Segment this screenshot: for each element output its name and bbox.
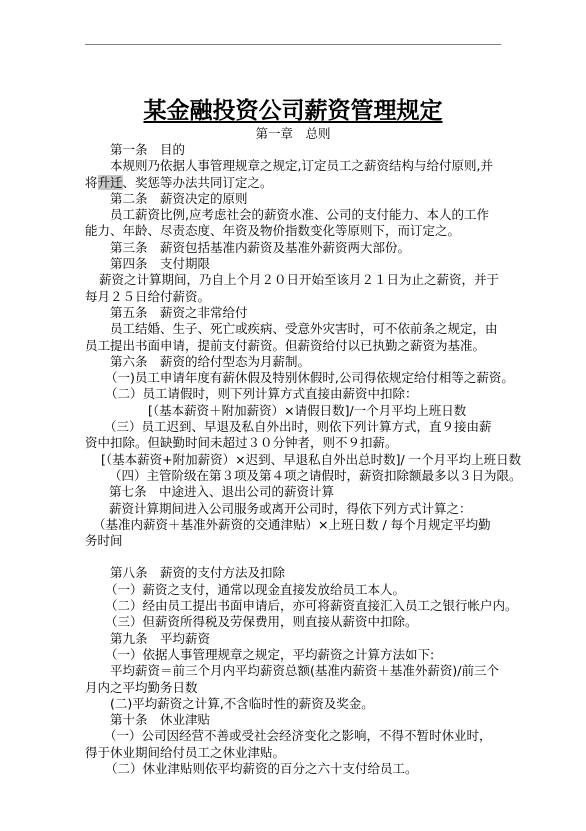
article-6-item-2: （二）员工请假时，则下列计算方式直接由薪资中扣除：	[85, 386, 501, 402]
article-6-item-4: （四）主管阶级在第３项及第４项之请假时，薪资扣除额最多以３日为限。	[85, 468, 501, 484]
chapter-heading: 第一章 总则	[85, 126, 501, 142]
article-6-item-3: （三）员工迟到、早退及私自外出时，则依下列计算方式，直９接由薪资中扣除。但缺勤时…	[85, 419, 501, 452]
header-rule	[85, 44, 501, 45]
article-5-heading: 第五条 薪资之非常给付	[85, 305, 501, 321]
highlighted-text: 迁	[110, 175, 123, 190]
article-7-formula: （基准内薪资＋基准外薪资的交通津贴）×上班日数 / 每个月规定平均勤务时间	[85, 517, 501, 550]
article-8-item-2: （二）经由员工提出书面申请后，亦可将薪资直接汇入员工之银行帐户内。	[85, 598, 501, 614]
article-9-heading: 第九条 平均薪资	[85, 631, 501, 647]
article-10-item-1: （一）公司因经营不善或受社会经济变化之影响，不得不暂时休业时，得于休业期间给付员…	[85, 728, 501, 761]
article-8-item-1: （一）薪资之支付，通常以现金直接发放给员工本人。	[85, 582, 501, 598]
text-span: 、奖惩等办法共同订定之。	[123, 175, 273, 190]
article-9-item-2: (二)平均薪资之计算,不含临时性的薪资及奖金。	[85, 696, 501, 712]
article-6-item-1: （一)员工申请年度有薪休假及特别休假时,公司得依规定给付相等之薪资。	[85, 370, 501, 386]
article-7-heading: 第七条 中途进入、退出公司的薪资计算	[85, 484, 501, 500]
article-1-heading: 第一条 目的	[85, 142, 501, 158]
article-1-paragraph: 本规则乃依据人事管理规章之规定,订定员工之薪资结构与给付原则,并将升迁、奖惩等办…	[85, 158, 501, 191]
article-6-heading: 第六条 薪资的给付型态为月薪制。	[85, 354, 501, 370]
document-title: 某金融投资公司薪资管理规定	[85, 96, 501, 126]
article-10-item-2: （二）休业津贴则依平均薪资的百分之六十支付给员工。	[85, 761, 501, 777]
article-6-item-3-formula: [（基本薪资+附加薪资）×迟到、早退私自外出总时数]/ 一个月平均上班日数	[85, 452, 501, 468]
highlighted-text: 升	[98, 175, 111, 190]
article-8-heading: 第八条 薪资的支付方法及扣除	[85, 565, 501, 581]
article-8-item-3: （三）但薪资所得税及劳保费用，则直接从薪资中扣除。	[85, 614, 501, 630]
article-6-item-2-formula: [（基本薪资＋附加薪资）×请假日数]/一个月平均上班日数	[85, 403, 501, 419]
article-10-heading: 第十条 休业津贴	[85, 712, 501, 728]
article-9-formula: 平均薪资＝前三个月内平均薪资总额(基准内薪资＋基准外薪资)/前三个月内之平均勤务…	[85, 663, 501, 696]
article-4-paragraph: 薪资之计算期间，乃自上个月２０日开始至该月２１日为止之薪资，并于每月２５日给付薪…	[85, 272, 501, 305]
title-text: 某金融投资公司薪资管理规定	[144, 97, 443, 124]
article-2-heading: 第二条 薪资决定的原则	[85, 191, 501, 207]
article-3-heading: 第三条 薪资包括基准内薪资及基准外薪资两大部份。	[85, 240, 501, 256]
article-2-paragraph: 员工薪资比例,应考虑社会的薪资水准、公司的支付能力、本人的工作能力、年龄、尽责态…	[85, 207, 501, 240]
article-5-paragraph: 员工结婚、生子、死亡或疾病、受意外灾害时，可不依前条之规定，由员工提出书面申请，…	[85, 321, 501, 354]
article-9-item-1: （一）依据人事管理规章之规定，平均薪资之计算方法如下:	[85, 647, 501, 663]
spacer	[85, 549, 501, 565]
article-7-paragraph: 薪资计算期间进入公司服务或离开公司时，得依下列方式计算之：	[85, 501, 501, 517]
article-4-heading: 第四条 支付期限	[85, 256, 501, 272]
document-page: 某金融投资公司薪资管理规定 第一章 总则 第一条 目的 本规则乃依据人事管理规章…	[85, 96, 501, 777]
